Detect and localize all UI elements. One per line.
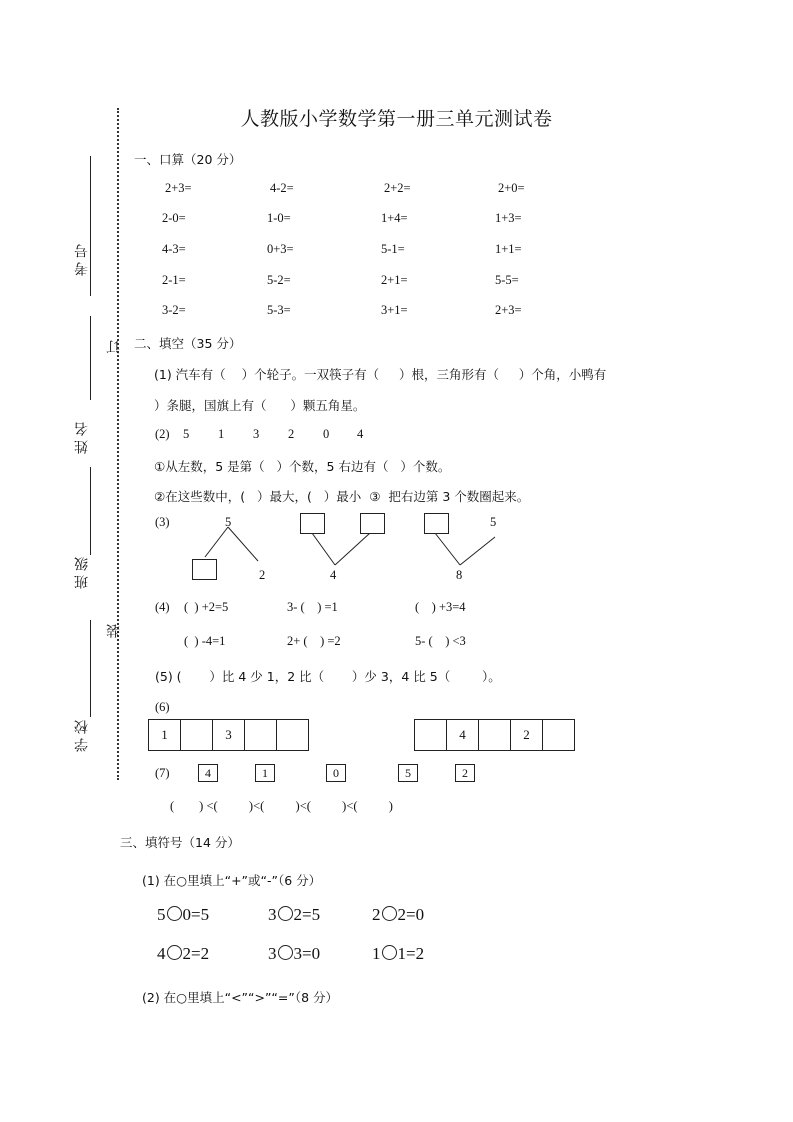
section-1-heading: 一、口算（20 分） bbox=[134, 150, 241, 168]
question-2-label: (2) bbox=[155, 427, 170, 442]
sequence-number: 2 bbox=[288, 427, 294, 442]
answer-circle[interactable] bbox=[167, 906, 182, 921]
equation: 2+ ( ) =2 bbox=[287, 634, 341, 649]
symbol-equation: 50=5 bbox=[157, 905, 209, 925]
question-1-line-2: ）条腿，国旗上有（ ）颗五角星。 bbox=[154, 396, 365, 414]
problem: 1-0= bbox=[267, 211, 291, 226]
field-label-name: 姓名 bbox=[72, 418, 92, 454]
field-label-exam-number: 考号 bbox=[72, 240, 92, 276]
answer-circle[interactable] bbox=[278, 945, 293, 960]
symbol-equation: 33=0 bbox=[268, 944, 320, 964]
question-5: (5) ( ）比 4 少 1，2 比（ ）少 3，4 比 5（ ）。 bbox=[155, 667, 501, 685]
equation: ( ) -4=1 bbox=[184, 634, 225, 649]
answer-circle[interactable] bbox=[382, 906, 397, 921]
number-card: 1 bbox=[255, 764, 275, 782]
field-label-class: 班级 bbox=[72, 553, 92, 589]
answer-circle[interactable] bbox=[382, 945, 397, 960]
ordering-answer-line: ( ) <( )<( )<( )<( ) bbox=[170, 799, 393, 814]
field-line-name[interactable] bbox=[90, 316, 91, 400]
problem: 2-1= bbox=[162, 273, 186, 288]
symbol-equation: 42=2 bbox=[157, 944, 209, 964]
sequence-number: 0 bbox=[323, 427, 329, 442]
section-3-heading: 三、填符号（14 分） bbox=[120, 833, 240, 851]
sequence-cell[interactable] bbox=[276, 719, 309, 751]
problem: 2+0= bbox=[498, 181, 525, 196]
symbol-equation: 32=5 bbox=[268, 905, 320, 925]
problem: 0+3= bbox=[267, 242, 294, 257]
sequence-cell[interactable]: 3 bbox=[212, 719, 245, 751]
question-4-label: (4) bbox=[155, 600, 170, 615]
problem: 5-1= bbox=[381, 242, 405, 257]
problem: 2+2= bbox=[384, 181, 411, 196]
problem: 1+3= bbox=[495, 211, 522, 226]
problem: 4-3= bbox=[162, 242, 186, 257]
number-card: 5 bbox=[398, 764, 418, 782]
question-1-line-1: (1) 汽车有（ ）个轮子。一双筷子有（ ）根，三角形有（ ）个角，小鸭有 bbox=[154, 365, 606, 383]
sequence-boxes-2: 4 2 bbox=[414, 719, 575, 751]
tree-3-right: 5 bbox=[490, 515, 496, 530]
sequence-boxes-1: 1 3 bbox=[148, 719, 309, 751]
problem: 2+3= bbox=[495, 303, 522, 318]
field-label-school: 学校 bbox=[72, 716, 92, 752]
sequence-number: 4 bbox=[357, 427, 363, 442]
sequence-cell[interactable] bbox=[414, 719, 447, 751]
problem: 3-2= bbox=[162, 303, 186, 318]
sequence-number: 3 bbox=[253, 427, 259, 442]
problem: 5-5= bbox=[495, 273, 519, 288]
problem: 5-2= bbox=[267, 273, 291, 288]
question-2b: ②在这些数中，( ）最大，( ）最小 ③ 把右边第 3 个数圈起来。 bbox=[154, 487, 529, 505]
section-3-part-2-label: (2) 在○里填上“<”“>”“=”（8 分） bbox=[142, 988, 338, 1006]
section-2-heading: 二、填空（35 分） bbox=[134, 334, 241, 352]
tree-3-left-box[interactable] bbox=[424, 513, 449, 534]
binding-dotted-line bbox=[117, 108, 119, 780]
sequence-cell[interactable] bbox=[542, 719, 575, 751]
binding-marker-zhuang: 装 bbox=[104, 620, 124, 638]
answer-circle[interactable] bbox=[278, 906, 293, 921]
tree-2-bottom: 4 bbox=[330, 568, 336, 583]
tree-1-right: 2 bbox=[259, 568, 265, 583]
problem: 5-3= bbox=[267, 303, 291, 318]
sequence-cell[interactable] bbox=[478, 719, 511, 751]
symbol-equation: 22=0 bbox=[372, 905, 424, 925]
tree-2-right-box[interactable] bbox=[360, 513, 385, 534]
problem: 1+1= bbox=[495, 242, 522, 257]
problem: 2+3= bbox=[165, 181, 192, 196]
section-3-part-1-label: (1) 在○里填上“+”或“-”（6 分） bbox=[142, 871, 321, 889]
equation: ( ) +2=5 bbox=[184, 600, 228, 615]
number-card: 2 bbox=[455, 764, 475, 782]
sequence-cell[interactable]: 2 bbox=[510, 719, 543, 751]
sequence-cell[interactable]: 4 bbox=[446, 719, 479, 751]
answer-circle[interactable] bbox=[167, 945, 182, 960]
sequence-number: 1 bbox=[218, 427, 224, 442]
equation: 3- ( ) =1 bbox=[287, 600, 338, 615]
question-6-label: (6) bbox=[155, 700, 170, 715]
problem: 2-0= bbox=[162, 211, 186, 226]
equation: ( ) +3=4 bbox=[415, 600, 466, 615]
question-2a: ①从左数，5 是第（ ）个数，5 右边有（ ）个数。 bbox=[154, 457, 450, 475]
symbol-equation: 11=2 bbox=[372, 944, 424, 964]
problem: 3+1= bbox=[381, 303, 408, 318]
problem: 4-2= bbox=[270, 181, 294, 196]
tree-2-left-box[interactable] bbox=[300, 513, 325, 534]
field-line-class[interactable] bbox=[90, 467, 91, 555]
problem: 2+1= bbox=[381, 273, 408, 288]
equation: 5- ( ) <3 bbox=[415, 634, 466, 649]
tree-1-top: 5 bbox=[225, 515, 231, 530]
tree-1-answer-box[interactable] bbox=[192, 559, 217, 580]
sequence-cell[interactable] bbox=[180, 719, 213, 751]
problem: 1+4= bbox=[381, 211, 408, 226]
number-card: 0 bbox=[326, 764, 346, 782]
tree-3-bottom: 8 bbox=[456, 568, 462, 583]
field-line-school[interactable] bbox=[90, 620, 91, 717]
sequence-number: 5 bbox=[183, 427, 189, 442]
field-line-exam-number[interactable] bbox=[90, 156, 91, 296]
number-card: 4 bbox=[198, 764, 218, 782]
question-7-label: (7) bbox=[155, 766, 170, 781]
binding-marker-ding: 订 bbox=[104, 336, 124, 354]
sequence-cell[interactable] bbox=[244, 719, 277, 751]
sequence-cell[interactable]: 1 bbox=[148, 719, 181, 751]
